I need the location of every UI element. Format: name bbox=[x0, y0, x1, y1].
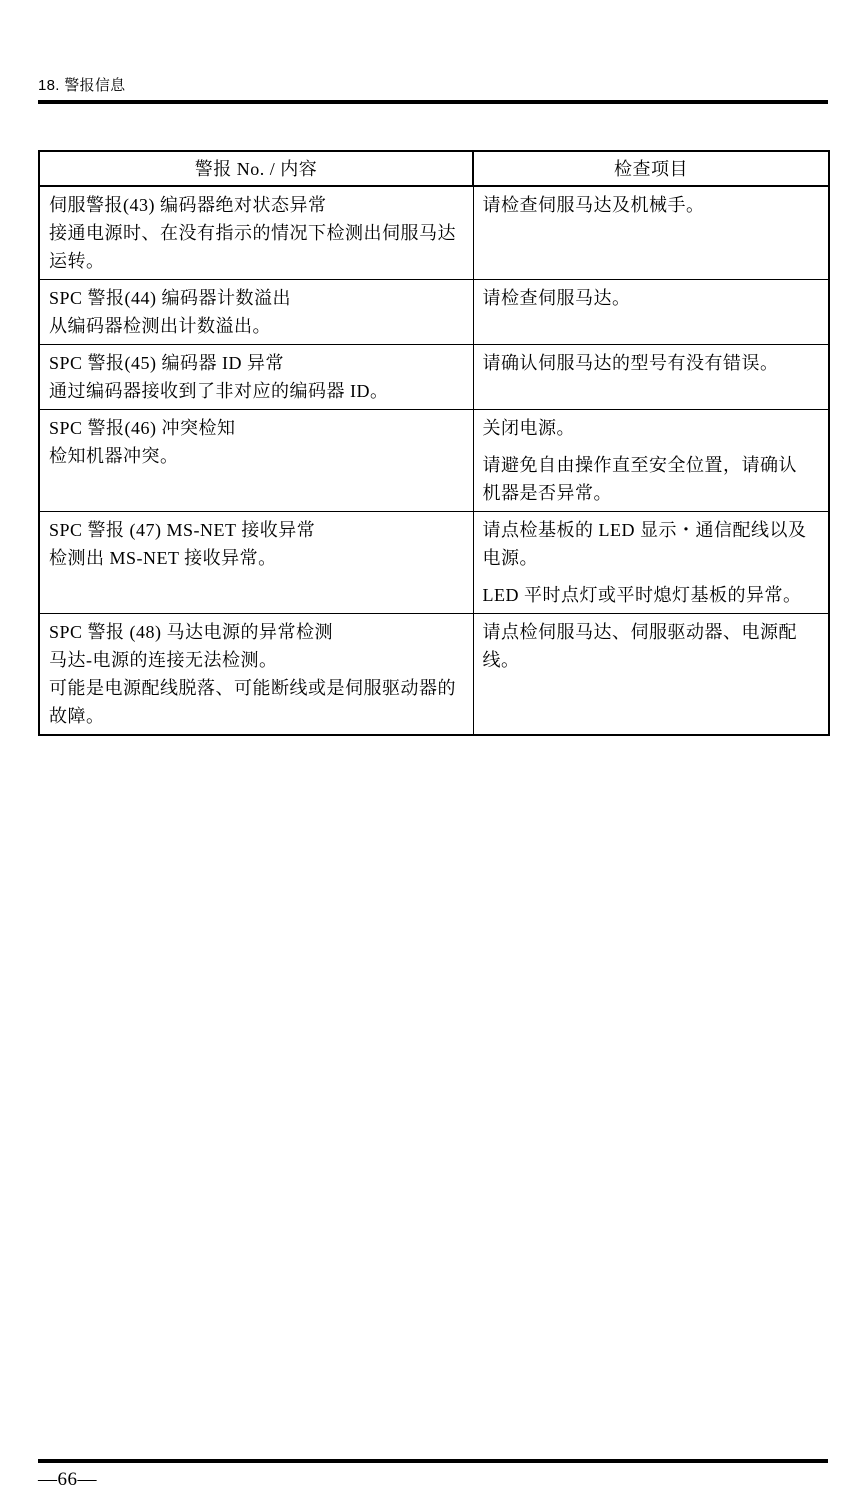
alarm-text: SPC 警报(44) 编码器计数溢出 从编码器检测出计数溢出。 bbox=[49, 284, 465, 340]
check-text: 请确认伺服马达的型号有没有错误。 bbox=[483, 349, 821, 377]
check-text: 请点检伺服马达、伺服驱动器、电源配 线。 bbox=[483, 618, 821, 674]
alarm-text: SPC 警报(45) 编码器 ID 异常 通过编码器接收到了非对应的编码器 ID… bbox=[49, 349, 465, 405]
alarm-table: 警报 No. / 内容 检查项目 伺服警报(43) 编码器绝对状态异常 接通电源… bbox=[38, 150, 830, 736]
check-cell: 请检查伺服马达。 bbox=[473, 280, 829, 345]
check-cell: 请点检基板的 LED 显示・通信配线以及 电源。 LED 平时点灯或平时熄灯基板… bbox=[473, 512, 829, 614]
alarm-cell: SPC 警报(44) 编码器计数溢出 从编码器检测出计数溢出。 bbox=[39, 280, 473, 345]
alarm-text: SPC 警报 (48) 马达电源的异常检测 马达-电源的连接无法检测。 可能是电… bbox=[49, 618, 465, 730]
header-rule bbox=[38, 100, 828, 104]
page-number: —66— bbox=[38, 1469, 97, 1491]
check-text: 请检查伺服马达。 bbox=[483, 284, 821, 312]
table-row: 伺服警报(43) 编码器绝对状态异常 接通电源时、在没有指示的情况下检测出伺服马… bbox=[39, 186, 829, 280]
table-row: SPC 警报 (47) MS-NET 接收异常 检测出 MS-NET 接收异常。… bbox=[39, 512, 829, 614]
section-header: 18. 警报信息 bbox=[38, 74, 125, 95]
table-header-row: 警报 No. / 内容 检查项目 bbox=[39, 151, 829, 186]
alarm-text: SPC 警报 (47) MS-NET 接收异常 检测出 MS-NET 接收异常。 bbox=[49, 516, 465, 572]
check-text: 请点检基板的 LED 显示・通信配线以及 电源。 bbox=[483, 516, 821, 572]
table-row: SPC 警报 (48) 马达电源的异常检测 马达-电源的连接无法检测。 可能是电… bbox=[39, 614, 829, 736]
column-header-alarm: 警报 No. / 内容 bbox=[39, 151, 473, 186]
check-cell: 请检查伺服马达及机械手。 bbox=[473, 186, 829, 280]
table-row: SPC 警报(44) 编码器计数溢出 从编码器检测出计数溢出。 请检查伺服马达。 bbox=[39, 280, 829, 345]
alarm-cell: 伺服警报(43) 编码器绝对状态异常 接通电源时、在没有指示的情况下检测出伺服马… bbox=[39, 186, 473, 280]
alarm-cell: SPC 警报 (48) 马达电源的异常检测 马达-电源的连接无法检测。 可能是电… bbox=[39, 614, 473, 736]
check-text: LED 平时点灯或平时熄灯基板的异常。 bbox=[483, 581, 821, 609]
alarm-cell: SPC 警报 (47) MS-NET 接收异常 检测出 MS-NET 接收异常。 bbox=[39, 512, 473, 614]
table-row: SPC 警报(46) 冲突检知 检知机器冲突。 关闭电源。 请避免自由操作直至安… bbox=[39, 410, 829, 512]
check-cell: 关闭电源。 请避免自由操作直至安全位置，请确认 机器是否异常。 bbox=[473, 410, 829, 512]
alarm-cell: SPC 警报(45) 编码器 ID 异常 通过编码器接收到了非对应的编码器 ID… bbox=[39, 345, 473, 410]
column-header-check: 检查项目 bbox=[473, 151, 829, 186]
footer-rule bbox=[38, 1459, 828, 1463]
alarm-text: 伺服警报(43) 编码器绝对状态异常 接通电源时、在没有指示的情况下检测出伺服马… bbox=[49, 191, 465, 275]
check-text: 请检查伺服马达及机械手。 bbox=[483, 191, 821, 219]
manual-page: 18. 警报信息 警报 No. / 内容 检查项目 伺服警报(43) 编码器绝对… bbox=[0, 0, 862, 1503]
table-row: SPC 警报(45) 编码器 ID 异常 通过编码器接收到了非对应的编码器 ID… bbox=[39, 345, 829, 410]
check-cell: 请点检伺服马达、伺服驱动器、电源配 线。 bbox=[473, 614, 829, 736]
alarm-cell: SPC 警报(46) 冲突检知 检知机器冲突。 bbox=[39, 410, 473, 512]
check-text: 关闭电源。 bbox=[483, 414, 821, 442]
check-text: 请避免自由操作直至安全位置，请确认 机器是否异常。 bbox=[483, 451, 821, 507]
check-cell: 请确认伺服马达的型号有没有错误。 bbox=[473, 345, 829, 410]
alarm-text: SPC 警报(46) 冲突检知 检知机器冲突。 bbox=[49, 414, 465, 470]
